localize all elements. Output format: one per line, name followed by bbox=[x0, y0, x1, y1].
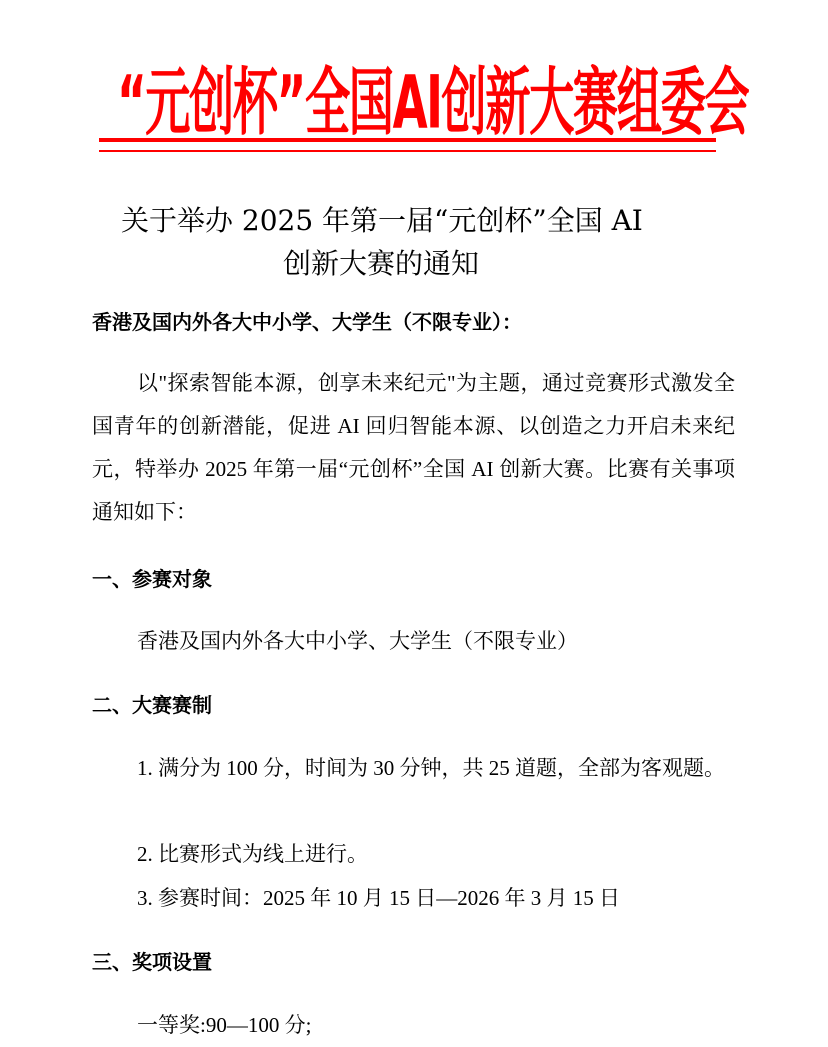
notice-title: 关于举办 2025 年第一届“元创杯”全国 AI 创新大赛的通知 bbox=[80, 199, 740, 285]
intro-paragraph: 以"探索智能本源，创享未来纪元"为主题，通过竞赛形式激发全国青年的创新潜能，促进… bbox=[92, 362, 735, 534]
notice-title-line-2: 创新大赛的通知 bbox=[80, 242, 740, 285]
masthead-rule-thin bbox=[99, 150, 716, 152]
document-page: “元创杯”全国AI创新大赛组委会 关于举办 2025 年第一届“元创杯”全国 A… bbox=[0, 0, 828, 1047]
format-item-3: 3. 参赛时间：2025 年 10 月 15 日—2026 年 3 月 15 日 bbox=[137, 877, 620, 920]
masthead: “元创杯”全国AI创新大赛组委会 bbox=[99, 52, 716, 138]
notice-title-line-1: 关于举办 2025 年第一届“元创杯”全国 AI bbox=[80, 199, 740, 242]
masthead-rule-thick bbox=[99, 138, 716, 142]
section-heading-format: 二、大赛赛制 bbox=[92, 689, 212, 721]
section-heading-awards: 三、奖项设置 bbox=[92, 946, 212, 978]
format-item-1: 1. 满分为 100 分，时间为 30 分钟，共 25 道题，全部为客观题。 bbox=[92, 747, 735, 790]
salutation: 香港及国内外各大中小学、大学生（不限专业）： bbox=[92, 306, 522, 338]
awards-item-first-prize: 一等奖:90—100 分; bbox=[137, 1004, 311, 1047]
participants-item: 香港及国内外各大中小学、大学生（不限专业） bbox=[137, 620, 578, 663]
section-heading-participants: 一、参赛对象 bbox=[92, 563, 212, 595]
format-item-2: 2. 比赛形式为线上进行。 bbox=[137, 833, 368, 876]
